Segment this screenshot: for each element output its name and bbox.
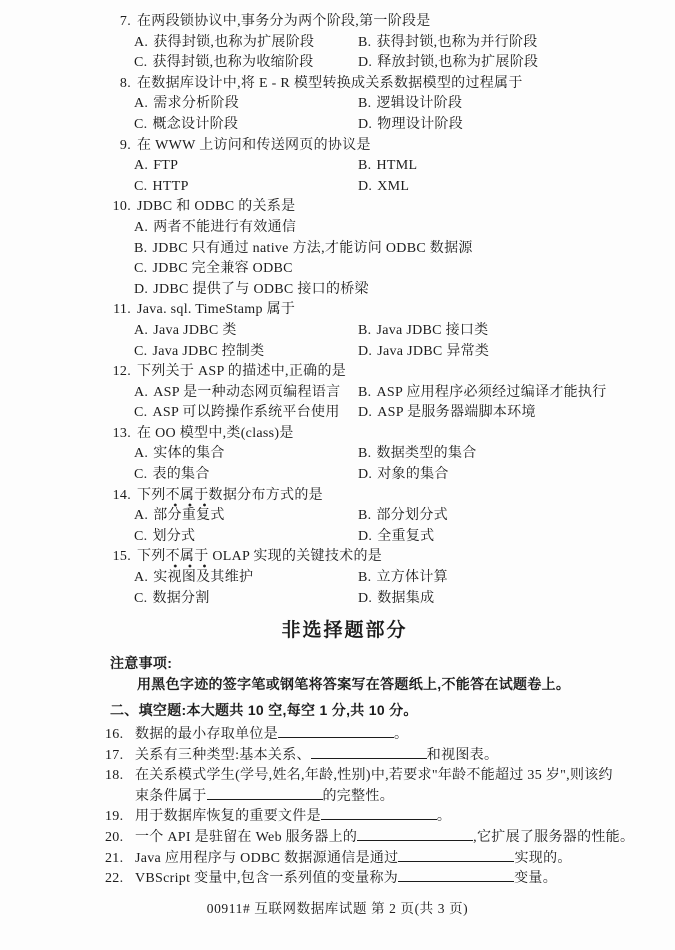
question-stem-text: 下列不属于数据分布方式的是 [137, 488, 323, 507]
question-number: 12. [97, 362, 131, 383]
question-stem: 11.Java. sql. TimeStamp 属于 [97, 300, 667, 321]
text-segment: 一个 API 是驻留在 Web 服务器上的 [135, 830, 357, 845]
option-list: A.Java JDBC 类B.Java JDBC 接口类C.Java JDBC … [134, 321, 667, 362]
option: A.部分重复式 [134, 506, 358, 527]
option: C.表的集合 [134, 465, 358, 486]
fill-question-list: 16.数据的最小存取单位是。17.关系有三种类型:基本关系、和视图表。18.在关… [105, 725, 669, 890]
option-label: A. [134, 385, 148, 400]
option-list: A.获得封锁,也称为扩展阶段B.获得封锁,也称为并行阶段C.获得封锁,也称为收缩… [134, 33, 667, 74]
option-list: A.部分重复式B.部分划分式C.划分式D.全重复式 [134, 506, 667, 547]
question-stem-text: 在数据库设计中,将 E - R 模型转换成关系数据模型的过程属于 [137, 76, 523, 91]
option: B.立方体计算 [358, 568, 667, 589]
question-number: 22. [105, 869, 135, 890]
option: A.FTP [134, 156, 358, 177]
text-segment: 和视图表。 [427, 748, 499, 763]
text-segment: 。 [437, 809, 451, 824]
option: A.Java JDBC 类 [134, 321, 358, 342]
text-segment: JDBC 和 ODBC 的关系是 [137, 199, 295, 214]
option-label: D. [358, 591, 372, 606]
text-segment: 在 OO 模型中,类(class)是 [137, 426, 294, 441]
option-text: JDBC 完全兼容 ODBC [152, 261, 292, 276]
option-text: 对象的集合 [377, 467, 449, 482]
option-text: 实体的集合 [153, 446, 225, 461]
option-text: 数据分割 [152, 591, 209, 606]
option: A.实视图及其维护 [134, 568, 358, 589]
text-segment: Java 应用程序与 ODBC 数据源通信是通过 [135, 851, 398, 866]
option-list: A.需求分析阶段B.逻辑设计阶段C.概念设计阶段D.物理设计阶段 [134, 94, 667, 135]
option-label: B. [358, 35, 371, 50]
option-label: B. [358, 570, 371, 585]
question: 13.在 OO 模型中,类(class)是A.实体的集合B.数据类型的集合C.表… [97, 424, 667, 486]
question-number: 21. [105, 849, 135, 870]
text-segment: OLAP 实现的关键技术的是 [209, 549, 383, 564]
question: 12.下列关于 ASP 的描述中,正确的是A.ASP 是一种动态网页编程语言B.… [97, 362, 667, 424]
text-segment: 在 WWW 上访问和传送网页的协议是 [137, 138, 371, 153]
option-text: 数据类型的集合 [376, 446, 476, 461]
option-text: HTTP [152, 179, 188, 194]
question: 8.在数据库设计中,将 E - R 模型转换成关系数据模型的过程属于A.需求分析… [97, 74, 667, 136]
question: 7.在两段锁协议中,事务分为两个阶段,第一阶段是A.获得封锁,也称为扩展阶段B.… [97, 12, 667, 74]
option-list: A.实体的集合B.数据类型的集合C.表的集合D.对象的集合 [134, 444, 667, 485]
option-label: D. [358, 179, 372, 194]
option-text: JDBC 只有通过 native 方法,才能访问 ODBC 数据源 [152, 241, 472, 256]
option-label: A. [134, 446, 148, 461]
text-segment: VBScript 变量中,包含一系列值的变量称为 [135, 871, 398, 886]
option: B.获得封锁,也称为并行阶段 [358, 33, 667, 54]
question-number: 18. [105, 766, 135, 787]
option: D.ASP 是服务器端脚本环境 [358, 403, 667, 424]
option-text: Java JDBC 接口类 [376, 323, 488, 338]
option-label: C. [134, 529, 147, 544]
option-text: XML [377, 179, 409, 194]
question: 14.下列不属于数据分布方式的是A.部分重复式B.部分划分式C.划分式D.全重复… [97, 486, 667, 548]
fill-section-header: 二、填空题:本大题共 10 空,每空 1 分,共 10 分。 [110, 700, 675, 721]
question-number: 20. [105, 828, 135, 849]
option: D.数据集成 [358, 589, 667, 610]
option-text: HTML [376, 158, 417, 173]
option: C.ASP 可以跨操作系统平台使用 [134, 403, 358, 424]
option-label: A. [134, 96, 148, 111]
option: C.数据分割 [134, 589, 358, 610]
option: D.Java JDBC 异常类 [358, 342, 667, 363]
text-segment: 。 [394, 727, 408, 742]
option: B.HTML [358, 156, 667, 177]
question-stem: 7.在两段锁协议中,事务分为两个阶段,第一阶段是 [97, 12, 667, 33]
question-stem-text: 在 OO 模型中,类(class)是 [137, 426, 294, 441]
emphasized-text: 不属于 [166, 488, 209, 507]
option-list: A.实视图及其维护B.立方体计算C.数据分割D.数据集成 [134, 568, 667, 609]
text-segment: 下列关于 ASP 的描述中,正确的是 [137, 364, 346, 379]
option-text: 两者不能进行有效通信 [153, 220, 296, 235]
option-label: B. [358, 158, 371, 173]
option-text: JDBC 提供了与 ODBC 接口的桥梁 [153, 282, 369, 297]
option-label: B. [358, 446, 371, 461]
option-label: D. [134, 282, 148, 297]
option-text: 部分重复式 [153, 508, 225, 523]
notes-block: 注意事项: 用黑色字迹的签字笔或钢笔将答案写在答题纸上,不能答在试题卷上。 [110, 653, 675, 694]
option: A.实体的集合 [134, 444, 358, 465]
fill-question: 22.VBScript 变量中,包含一系列值的变量称为变量。 [105, 869, 669, 890]
question: 9.在 WWW 上访问和传送网页的协议是A.FTPB.HTMLC.HTTPD.X… [97, 136, 667, 198]
question-number: 10. [97, 197, 131, 218]
text-segment: 关系有三种类型:基本关系、 [135, 748, 311, 763]
option: B.逻辑设计阶段 [358, 94, 667, 115]
option-label: D. [358, 405, 372, 420]
text-segment: 下列 [137, 549, 166, 564]
notes-label: 注意事项: [110, 653, 675, 674]
option-list: A.FTPB.HTMLC.HTTPD.XML [134, 156, 667, 197]
option: C.划分式 [134, 527, 358, 548]
option-label: A. [134, 220, 148, 235]
option: C.概念设计阶段 [134, 115, 358, 136]
option: C.HTTP [134, 177, 358, 198]
option-label: D. [358, 344, 372, 359]
option-label: B. [358, 385, 371, 400]
option-label: A. [134, 35, 148, 50]
option-label: C. [134, 591, 147, 606]
text-segment: Java. sql. TimeStamp 属于 [137, 302, 295, 317]
question-number: 13. [97, 424, 131, 445]
fill-question: 19.用于数据库恢复的重要文件是。 [105, 807, 669, 828]
option-text: ASP 是一种动态网页编程语言 [153, 385, 340, 400]
option-text: Java JDBC 类 [153, 323, 236, 338]
fill-question: 21.Java 应用程序与 ODBC 数据源通信是通过实现的。 [105, 849, 669, 870]
text-segment: 的完整性。 [323, 789, 395, 804]
question-stem-text: 下列不属于 OLAP 实现的关键技术的是 [137, 549, 382, 568]
question-number: 17. [105, 746, 135, 767]
text-segment: 下列 [137, 488, 166, 503]
option: D.JDBC 提供了与 ODBC 接口的桥梁 [134, 280, 667, 301]
option-text: 释放封锁,也称为扩展阶段 [377, 55, 538, 70]
option: B.JDBC 只有通过 native 方法,才能访问 ODBC 数据源 [134, 239, 667, 260]
question-stem-text: 在 WWW 上访问和传送网页的协议是 [137, 138, 371, 153]
answer-blank [357, 828, 473, 841]
option: A.ASP 是一种动态网页编程语言 [134, 383, 358, 404]
text-segment: 变量。 [514, 871, 557, 886]
question-stem: 8.在数据库设计中,将 E - R 模型转换成关系数据模型的过程属于 [97, 74, 667, 95]
option-label: C. [134, 405, 147, 420]
option-label: A. [134, 570, 148, 585]
option-text: Java JDBC 异常类 [377, 344, 489, 359]
question-number: 14. [97, 486, 131, 507]
answer-blank [398, 869, 514, 882]
question-number: 16. [105, 725, 135, 746]
question-stem-text: Java. sql. TimeStamp 属于 [137, 302, 295, 317]
question-stem: 15.下列不属于 OLAP 实现的关键技术的是 [97, 547, 667, 568]
text-segment: 实现的。 [514, 851, 571, 866]
question: 11.Java. sql. TimeStamp 属于A.Java JDBC 类B… [97, 300, 667, 362]
option-label: C. [134, 261, 147, 276]
option-text: 获得封锁,也称为扩展阶段 [153, 35, 314, 50]
option: C.Java JDBC 控制类 [134, 342, 358, 363]
option: B.Java JDBC 接口类 [358, 321, 667, 342]
page-footer: 00911# 互联网数据库试题 第 2 页(共 3 页) [0, 899, 675, 920]
question-number: 8. [97, 74, 131, 95]
option-text: 获得封锁,也称为并行阶段 [376, 35, 537, 50]
text-segment: 用于数据库恢复的重要文件是 [135, 809, 321, 824]
option-label: B. [358, 508, 371, 523]
question-stem: 13.在 OO 模型中,类(class)是 [97, 424, 667, 445]
answer-blank [311, 746, 427, 759]
fill-question: 16.数据的最小存取单位是。 [105, 725, 669, 746]
text-segment: 在关系模式学生(学号,姓名,年龄,性别)中,若要求"年龄不能超过 35 岁",则… [135, 768, 613, 783]
option-text: 逻辑设计阶段 [376, 96, 462, 111]
question-number: 19. [105, 807, 135, 828]
option-label: A. [134, 158, 148, 173]
option: B.部分划分式 [358, 506, 667, 527]
text-segment: 束条件属于 [135, 789, 207, 804]
question-number: 7. [97, 12, 131, 33]
option-text: FTP [153, 158, 178, 173]
option-label: A. [134, 508, 148, 523]
option-text: Java JDBC 控制类 [152, 344, 264, 359]
option-label: D. [358, 529, 372, 544]
option-label: B. [134, 241, 147, 256]
option: C.JDBC 完全兼容 ODBC [134, 259, 667, 280]
question-number: 11. [97, 300, 131, 321]
question-stem: 10.JDBC 和 ODBC 的关系是 [97, 197, 667, 218]
option-label: A. [134, 323, 148, 338]
text-segment: ,它扩展了服务器的性能。 [473, 830, 634, 845]
option-text: ASP 应用程序必须经过编译才能执行 [376, 385, 606, 400]
option-label: C. [134, 117, 147, 132]
option-label: C. [134, 467, 147, 482]
option-text: 数据集成 [377, 591, 434, 606]
text-segment: 在数据库设计中,将 E - R 模型转换成关系数据模型的过程属于 [137, 76, 523, 91]
option: D.释放封锁,也称为扩展阶段 [358, 53, 667, 74]
fill-question: 18.在关系模式学生(学号,姓名,年龄,性别)中,若要求"年龄不能超过 35 岁… [105, 766, 669, 807]
option-text: 立方体计算 [376, 570, 448, 585]
question: 15.下列不属于 OLAP 实现的关键技术的是A.实视图及其维护B.立方体计算C… [97, 547, 667, 609]
option-text: 概念设计阶段 [152, 117, 238, 132]
answer-blank [321, 807, 437, 820]
option-label: B. [358, 323, 371, 338]
option-text: 部分划分式 [376, 508, 448, 523]
option: D.物理设计阶段 [358, 115, 667, 136]
choice-question-list: 7.在两段锁协议中,事务分为两个阶段,第一阶段是A.获得封锁,也称为扩展阶段B.… [97, 12, 667, 609]
option-text: 表的集合 [152, 467, 209, 482]
section-title: 非选择题部分 [14, 618, 675, 644]
option: A.两者不能进行有效通信 [134, 218, 667, 239]
option-label: C. [134, 55, 147, 70]
option-text: 实视图及其维护 [153, 570, 253, 585]
option-text: ASP 可以跨操作系统平台使用 [152, 405, 339, 420]
text-segment: 数据分布方式的是 [209, 488, 323, 503]
option-label: C. [134, 344, 147, 359]
option-list: A.两者不能进行有效通信B.JDBC 只有通过 native 方法,才能访问 O… [134, 218, 667, 300]
option-text: 获得封锁,也称为收缩阶段 [152, 55, 313, 70]
option: A.需求分析阶段 [134, 94, 358, 115]
question: 10.JDBC 和 ODBC 的关系是A.两者不能进行有效通信B.JDBC 只有… [97, 197, 667, 300]
question-stem: 9.在 WWW 上访问和传送网页的协议是 [97, 136, 667, 157]
fill-question: 20.一个 API 是驻留在 Web 服务器上的,它扩展了服务器的性能。 [105, 828, 669, 849]
option-text: ASP 是服务器端脚本环境 [377, 405, 536, 420]
option: A.获得封锁,也称为扩展阶段 [134, 33, 358, 54]
option-text: 需求分析阶段 [153, 96, 239, 111]
question-number: 9. [97, 136, 131, 157]
fill-question: 17.关系有三种类型:基本关系、和视图表。 [105, 746, 669, 767]
question-number: 15. [97, 547, 131, 568]
option-label: D. [358, 467, 372, 482]
option: C.获得封锁,也称为收缩阶段 [134, 53, 358, 74]
option: D.全重复式 [358, 527, 667, 548]
option-label: B. [358, 96, 371, 111]
option-text: 划分式 [152, 529, 195, 544]
answer-blank [398, 849, 514, 862]
option: B.ASP 应用程序必须经过编译才能执行 [358, 383, 667, 404]
question-stem-text: 下列关于 ASP 的描述中,正确的是 [137, 364, 346, 379]
question-stem: 14.下列不属于数据分布方式的是 [97, 486, 667, 507]
option: D.对象的集合 [358, 465, 667, 486]
option-text: 全重复式 [377, 529, 434, 544]
option-list: A.ASP 是一种动态网页编程语言B.ASP 应用程序必须经过编译才能执行C.A… [134, 383, 667, 424]
option-label: C. [134, 179, 147, 194]
option: D.XML [358, 177, 667, 198]
option-text: 物理设计阶段 [377, 117, 463, 132]
notes-body: 用黑色字迹的签字笔或钢笔将答案写在答题纸上,不能答在试题卷上。 [137, 674, 675, 695]
emphasized-text: 不属于 [166, 549, 209, 568]
question-stem-text: 在两段锁协议中,事务分为两个阶段,第一阶段是 [137, 14, 431, 29]
option-label: D. [358, 55, 372, 70]
question-stem-text: JDBC 和 ODBC 的关系是 [137, 199, 295, 214]
answer-blank [207, 787, 323, 800]
question-stem: 12.下列关于 ASP 的描述中,正确的是 [97, 362, 667, 383]
exam-page: 7.在两段锁协议中,事务分为两个阶段,第一阶段是A.获得封锁,也称为扩展阶段B.… [0, 0, 675, 950]
text-segment: 数据的最小存取单位是 [135, 727, 278, 742]
answer-blank [278, 725, 394, 738]
option-label: D. [358, 117, 372, 132]
option: B.数据类型的集合 [358, 444, 667, 465]
text-segment: 在两段锁协议中,事务分为两个阶段,第一阶段是 [137, 14, 431, 29]
